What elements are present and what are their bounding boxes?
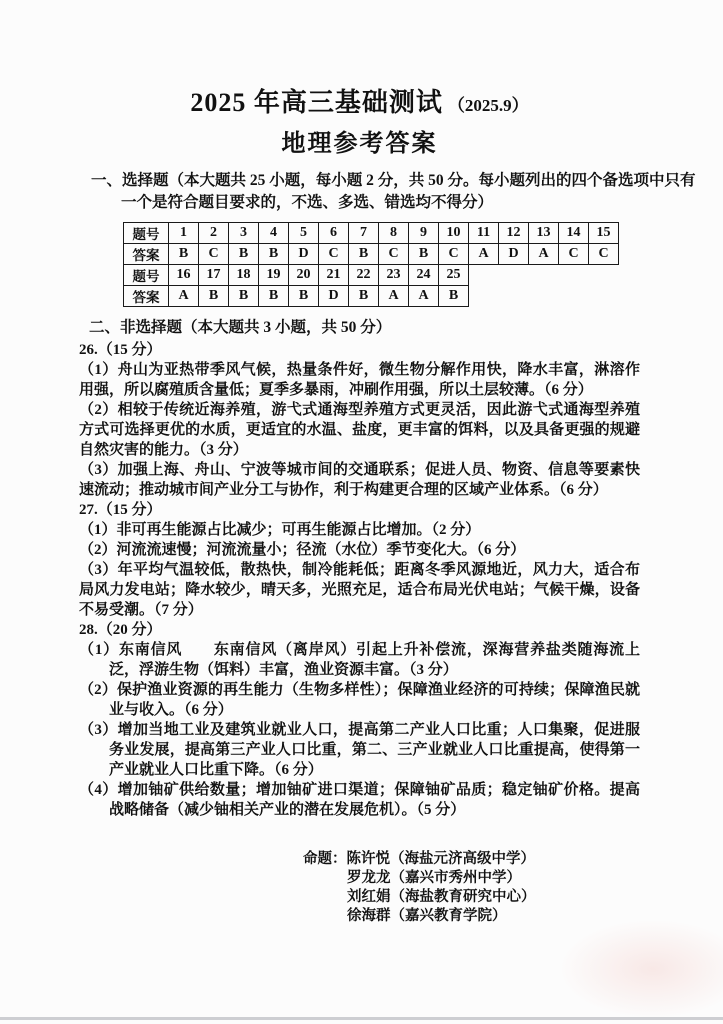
- section2-heading: 二、非选择题（本大题共 3 小题，共 50 分）: [89, 317, 640, 338]
- credits-block: 命题：陈许悦（海盐元济高级中学）罗龙龙（嘉兴市秀州中学）刘红娟（海盐教育研究中心…: [303, 850, 640, 926]
- answer-cell: D: [499, 244, 529, 265]
- credit-row: 刘红娟（海盐教育研究中心）: [303, 888, 640, 907]
- question-number-cell: 6: [319, 223, 349, 244]
- answer-table-answer-row: 答案ABBBBDBAAB: [124, 286, 619, 307]
- scan-smudge: [558, 919, 723, 1019]
- document-subtitle: 地理参考答案: [79, 130, 640, 158]
- credit-row: 命题：陈许悦（海盐元济高级中学）: [303, 850, 640, 869]
- question-number-cell: 10: [439, 223, 469, 244]
- questions-container: 26.（15 分）（1）舟山为亚热带季风气候，热量条件好，微生物分解作用快，降水…: [79, 340, 640, 820]
- answer-cell: B: [259, 244, 289, 265]
- question-number-cell: 7: [349, 223, 379, 244]
- answer-cell: B: [439, 286, 469, 307]
- answer-item: （3）增加当地工业及建筑业就业人口，提高第二产业人口比重；人口集聚，促进服务业发…: [79, 720, 640, 780]
- document-page: 2025 年高三基础测试（2025.9） 地理参考答案 一、选择题（本大题共 2…: [0, 0, 723, 1024]
- answer-cell: B: [229, 286, 259, 307]
- credit-author: 罗龙龙（嘉兴市秀州中学）: [347, 870, 521, 886]
- answer-cell: B: [259, 286, 289, 307]
- question-number-cell: 16: [169, 265, 199, 286]
- question-number-cell: 9: [409, 223, 439, 244]
- page-bottom-rule: [0, 1017, 723, 1020]
- document-title: 2025 年高三基础测试（2025.9）: [79, 88, 640, 121]
- question-number: 28.（20 分）: [79, 620, 640, 640]
- answer-item: （1）舟山为亚热带季风气候，热量条件好，微生物分解作用快，降水丰富，淋溶作用强，…: [79, 360, 640, 400]
- answer-cell: B: [349, 244, 379, 265]
- answer-cell: C: [559, 244, 589, 265]
- answer-item: （1）东南信风 东南信风（离岸风）引起上升补偿流，深海营养盐类随海流上泛，浮游生…: [79, 640, 640, 680]
- question-number-cell: 2: [199, 223, 229, 244]
- answer-cell: B: [199, 286, 229, 307]
- question-number-cell: 19: [259, 265, 289, 286]
- question-number-cell: 21: [319, 265, 349, 286]
- answer-item: （1）非可再生能源占比减少；可再生能源占比增加。（2 分）: [79, 520, 640, 540]
- answer-cell: B: [349, 286, 379, 307]
- answer-cell: A: [169, 286, 199, 307]
- document-content: 2025 年高三基础测试（2025.9） 地理参考答案 一、选择题（本大题共 2…: [0, 0, 723, 926]
- question-number-cell: 14: [559, 223, 589, 244]
- answer-row-label: 答案: [124, 286, 169, 307]
- answer-table-number-row: 题号16171819202122232425: [124, 265, 619, 286]
- question-number-cell: 8: [379, 223, 409, 244]
- answer-cell: B: [409, 244, 439, 265]
- question-number-cell: 22: [349, 265, 379, 286]
- question-number-cell: 17: [199, 265, 229, 286]
- credit-author: 刘红娟（海盐教育研究中心）: [347, 889, 536, 905]
- question-number-cell: 23: [379, 265, 409, 286]
- answer-cell: D: [289, 244, 319, 265]
- answer-cell: C: [319, 244, 349, 265]
- answer-cell: C: [379, 244, 409, 265]
- credits-label: 命题：: [303, 851, 347, 867]
- section1-heading: 一、选择题（本大题共 25 小题，每小题 2 分，共 50 分。每小题列出的四个…: [79, 170, 640, 214]
- number-row-label: 题号: [124, 265, 169, 286]
- answer-cell: B: [289, 286, 319, 307]
- answer-cell: B: [169, 244, 199, 265]
- answer-cell: A: [469, 244, 499, 265]
- question-number-cell: 25: [439, 265, 469, 286]
- answer-cell: C: [589, 244, 619, 265]
- question-number: 27.（15 分）: [79, 500, 640, 520]
- title-text: 2025 年高三基础测试: [190, 88, 443, 117]
- answer-cell: C: [439, 244, 469, 265]
- credit-author: 徐海群（嘉兴教育学院）: [347, 908, 507, 924]
- answer-cell: D: [319, 286, 349, 307]
- question-number-cell: 4: [259, 223, 289, 244]
- section1-heading-line1: 一、选择题（本大题共 25 小题，每小题 2 分，共 50 分。每小题列出的四个…: [91, 170, 640, 192]
- answer-item: （2）河流流速慢；河流流量小；径流（水位）季节变化大。（6 分）: [79, 540, 640, 560]
- question-number-cell: 12: [499, 223, 529, 244]
- question-number: 26.（15 分）: [79, 340, 640, 360]
- credit-row: 罗龙龙（嘉兴市秀州中学）: [303, 869, 640, 888]
- answer-item: （3）年平均气温较低，散热快，制冷能耗低；距离冬季风源地近，风力大，适合布局风力…: [79, 560, 640, 620]
- answer-table: 题号123456789101112131415答案BCBBDCBCBCADACC…: [123, 222, 619, 307]
- answer-cell: C: [199, 244, 229, 265]
- title-note: （2025.9）: [448, 96, 529, 115]
- question-number-cell: 24: [409, 265, 439, 286]
- credit-row: 徐海群（嘉兴教育学院）: [303, 907, 640, 926]
- question-number-cell: 3: [229, 223, 259, 244]
- answer-item: （2）保护渔业资源的再生能力（生物多样性）；保障渔业经济的可持续；保障渔民就业与…: [79, 680, 640, 720]
- answer-table-answer-row: 答案BCBBDCBCBCADACC: [124, 244, 619, 265]
- question-number-cell: 18: [229, 265, 259, 286]
- question-number-cell: 15: [589, 223, 619, 244]
- answer-table-number-row: 题号123456789101112131415: [124, 223, 619, 244]
- credit-author: 陈许悦（海盐元济高级中学）: [347, 851, 536, 867]
- answer-cell: A: [409, 286, 439, 307]
- section1-heading-line2: 一个是符合题目要求的，不选、多选、错选均不得分）: [121, 192, 640, 214]
- question-number-cell: 1: [169, 223, 199, 244]
- answer-cell: A: [529, 244, 559, 265]
- question-number-cell: 13: [529, 223, 559, 244]
- answer-item: （3）加强上海、舟山、宁波等城市间的交通联系；促进人员、物资、信息等要素快速流动…: [79, 460, 640, 500]
- answer-row-label: 答案: [124, 244, 169, 265]
- answer-item: （4）增加铀矿供给数量；增加铀矿进口渠道；保障铀矿品质；稳定铀矿价格。提高战略储…: [79, 780, 640, 820]
- question-number-cell: 20: [289, 265, 319, 286]
- question-number-cell: 5: [289, 223, 319, 244]
- question-number-cell: 11: [469, 223, 499, 244]
- number-row-label: 题号: [124, 223, 169, 244]
- answer-cell: A: [379, 286, 409, 307]
- answer-item: （2）相较于传统近海养殖，游弋式通海型养殖方式更灵活，因此游弋式通海型养殖方式可…: [79, 400, 640, 460]
- answer-cell: B: [229, 244, 259, 265]
